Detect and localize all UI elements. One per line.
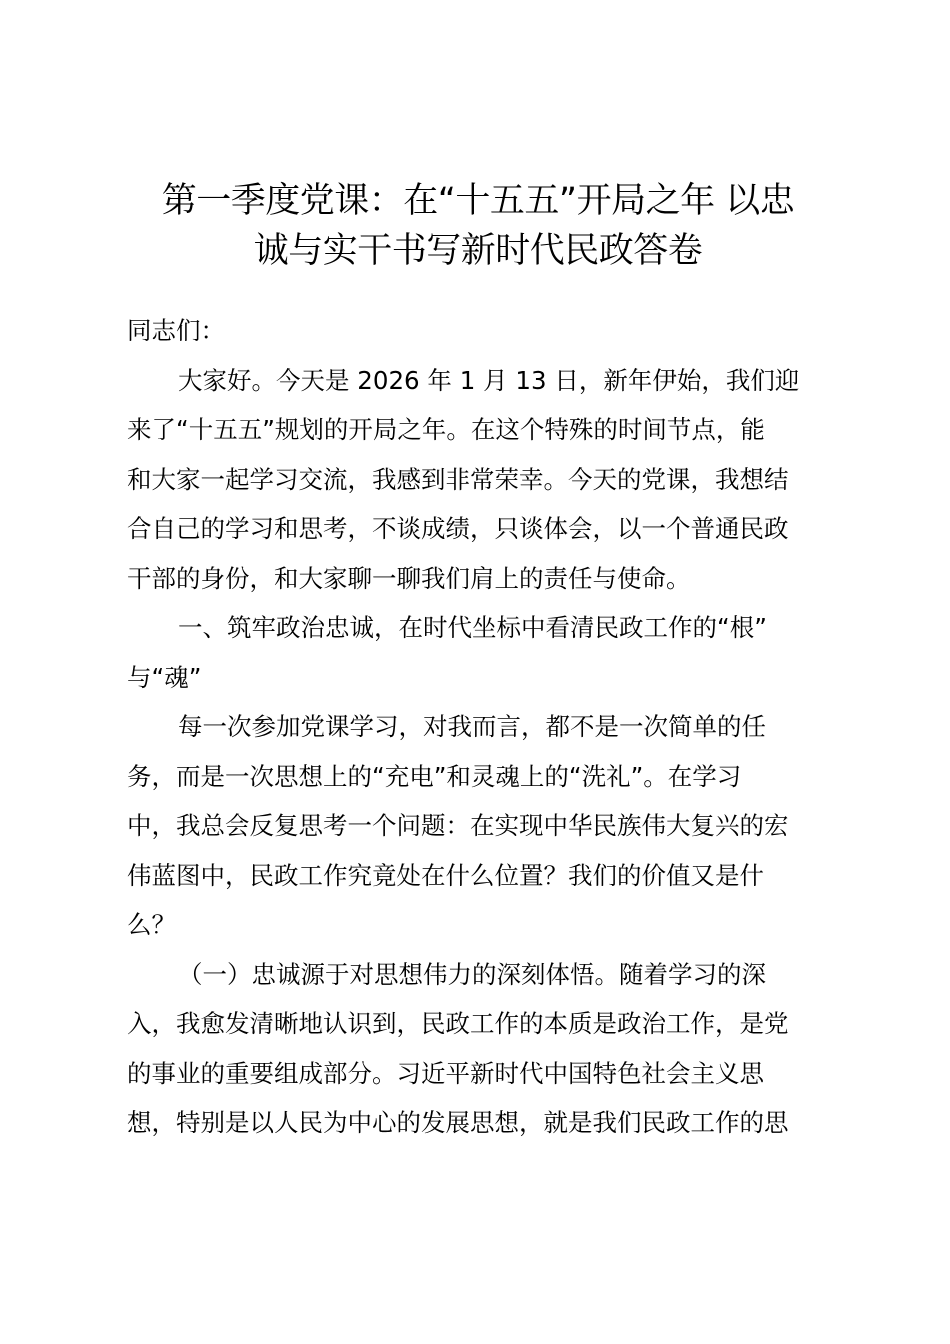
text-line: 来了“十五五”规划的开局之年。在这个特殊的时间节点，能 xyxy=(127,405,837,455)
text-line: 中，我总会反复思考一个问题：在实现中华民族伟大复兴的宏 xyxy=(127,801,837,851)
text-line: 务，而是一次思想上的“充电”和灵魂上的“洗礼”。在学习 xyxy=(127,752,837,802)
text-line: 合自己的学习和思考，不谈成绩，只谈体会，以一个普通民政 xyxy=(127,504,837,554)
paragraph-reflection: 每一次参加党课学习，对我而言，都不是一次简单的任 务，而是一次思想上的“充电”和… xyxy=(127,702,837,950)
salutation: 同志们： xyxy=(127,306,837,356)
text-line: 干部的身份，和大家聊一聊我们肩上的责任与使命。 xyxy=(127,554,837,604)
section-heading-1: 一、筑牢政治忠诚，在时代坐标中看清民政工作的“根” 与“魂” xyxy=(127,603,837,702)
title-line-2: 诚与实干书写新时代民政答卷 xyxy=(127,226,829,276)
paragraph-subsection-1: （一）忠诚源于对思想伟力的深刻体悟。随着学习的深 入，我愈发清晰地认识到，民政工… xyxy=(127,950,837,1148)
text-line: 和大家一起学习交流，我感到非常荣幸。今天的党课，我想结 xyxy=(127,455,837,505)
text-line: 每一次参加党课学习，对我而言，都不是一次简单的任 xyxy=(127,702,837,752)
text-line: 想，特别是以人民为中心的发展思想，就是我们民政工作的思 xyxy=(127,1098,837,1148)
document-page: 第一季度党课：在“十五五”开局之年 以忠 诚与实干书写新时代民政答卷 同志们： … xyxy=(0,0,950,1344)
paragraph-opening: 大家好。今天是 2026 年 1 月 13 日，新年伊始，我们迎 来了“十五五”… xyxy=(127,356,837,604)
text-line: 伟蓝图中，民政工作究竟处在什么位置？我们的价值又是什 xyxy=(127,851,837,901)
text-line: 的事业的重要组成部分。习近平新时代中国特色社会主义思 xyxy=(127,1049,837,1099)
heading-line: 与“魂” xyxy=(127,653,837,703)
document-body: 同志们： 大家好。今天是 2026 年 1 月 13 日，新年伊始，我们迎 来了… xyxy=(127,306,837,1148)
document-title: 第一季度党课：在“十五五”开局之年 以忠 诚与实干书写新时代民政答卷 xyxy=(127,176,829,276)
text-line: （一）忠诚源于对思想伟力的深刻体悟。随着学习的深 xyxy=(127,950,837,1000)
text-line: 大家好。今天是 2026 年 1 月 13 日，新年伊始，我们迎 xyxy=(127,356,837,406)
text-line: 入，我愈发清晰地认识到，民政工作的本质是政治工作，是党 xyxy=(127,999,837,1049)
text-line: 么？ xyxy=(127,900,837,950)
salutation-text: 同志们： xyxy=(127,306,837,356)
heading-line: 一、筑牢政治忠诚，在时代坐标中看清民政工作的“根” xyxy=(127,603,837,653)
title-line-1: 第一季度党课：在“十五五”开局之年 以忠 xyxy=(127,176,829,226)
